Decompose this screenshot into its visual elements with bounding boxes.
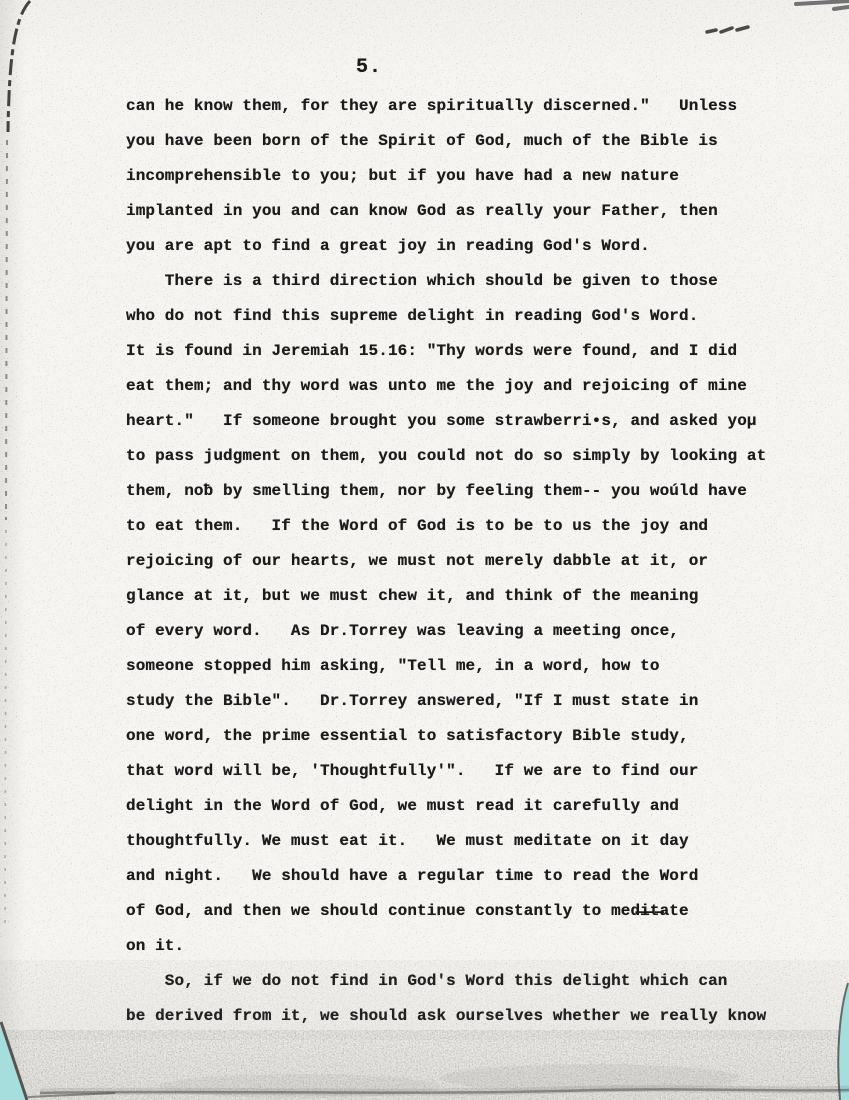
typewritten-line: you have been born of the Spirit of God,… [126,124,806,159]
typewritten-line: be derived from it, we should ask oursel… [126,999,806,1034]
typewritten-line: eat them; and thy word was unto me the j… [126,369,806,404]
typewritten-line: can he know them, for they are spiritual… [126,89,806,124]
pencil-dash-marks [707,27,748,32]
scanned-page: 5. can he know them, for they are spirit… [0,0,849,1100]
bottom-blotch-left [160,1074,440,1098]
page-left-edge-line-lower [5,530,6,930]
typewritten-line: of God, and then we should continue cons… [126,894,806,929]
typewritten-line: one word, the prime essential to satisfa… [126,719,806,754]
typewritten-line: So, if we do not find in God's Word this… [126,964,806,999]
top-right-edge-streak [796,1,849,9]
typewritten-line: study the Bible". Dr.Torrey answered, "I… [126,684,806,719]
page-edge-top-left-curve [8,1,30,132]
typewritten-line: someone stopped him asking, "Tell me, in… [126,649,806,684]
typewritten-line: delight in the Word of God, we must read… [126,789,806,824]
bottom-left-edge-mark [28,1093,115,1097]
page-right-edge-curve [838,983,848,1100]
typewritten-line: thoughtfully. We must eat it. We must me… [126,824,806,859]
page-left-edge-line-upper [6,140,7,520]
bottom-smudge-line-soft [40,1089,849,1093]
scanner-bed-corner-bottom-left [0,1025,26,1100]
typewritten-line: who do not find this supreme delight in … [126,299,806,334]
page-number: 5. [356,56,382,79]
typewritten-line: implanted in you and can know God as rea… [126,194,806,229]
page-corner-diagonal-edge [1,1022,27,1100]
left-edge-shadow [0,0,26,1100]
typewritten-line: It is found in Jeremiah 15.16: "Thy word… [126,334,806,369]
typewritten-line: glance at it, but we must chew it, and t… [126,579,806,614]
typewritten-line: rejoicing of our hearts, we must not mer… [126,544,806,579]
typewritten-line: incomprehensible to you; but if you have… [126,159,806,194]
typewritten-line: you are apt to find a great joy in readi… [126,229,806,264]
typewritten-line: on it. [126,929,806,964]
scanner-bed-edge-bottom-right [839,983,849,1100]
typewritten-line: to pass judgment on them, you could not … [126,439,806,474]
typewritten-line: heart." If someone brought you some stra… [126,404,806,439]
typewritten-line: and night. We should have a regular time… [126,859,806,894]
typewritten-line: that word will be, 'Thoughtfully'". If w… [126,754,806,789]
typewritten-line: them, noƀ by smelling them, nor by feeli… [126,474,806,509]
bottom-blotch-center [440,1064,740,1092]
typewritten-line: to eat them. If the Word of God is to be… [126,509,806,544]
bottom-smudge-line [40,1089,849,1093]
typewritten-line: There is a third direction which should … [126,264,806,299]
typewritten-line: of every word. As Dr.Torrey was leaving … [126,614,806,649]
typewritten-text: can he know them, for they are spiritual… [126,89,806,1034]
